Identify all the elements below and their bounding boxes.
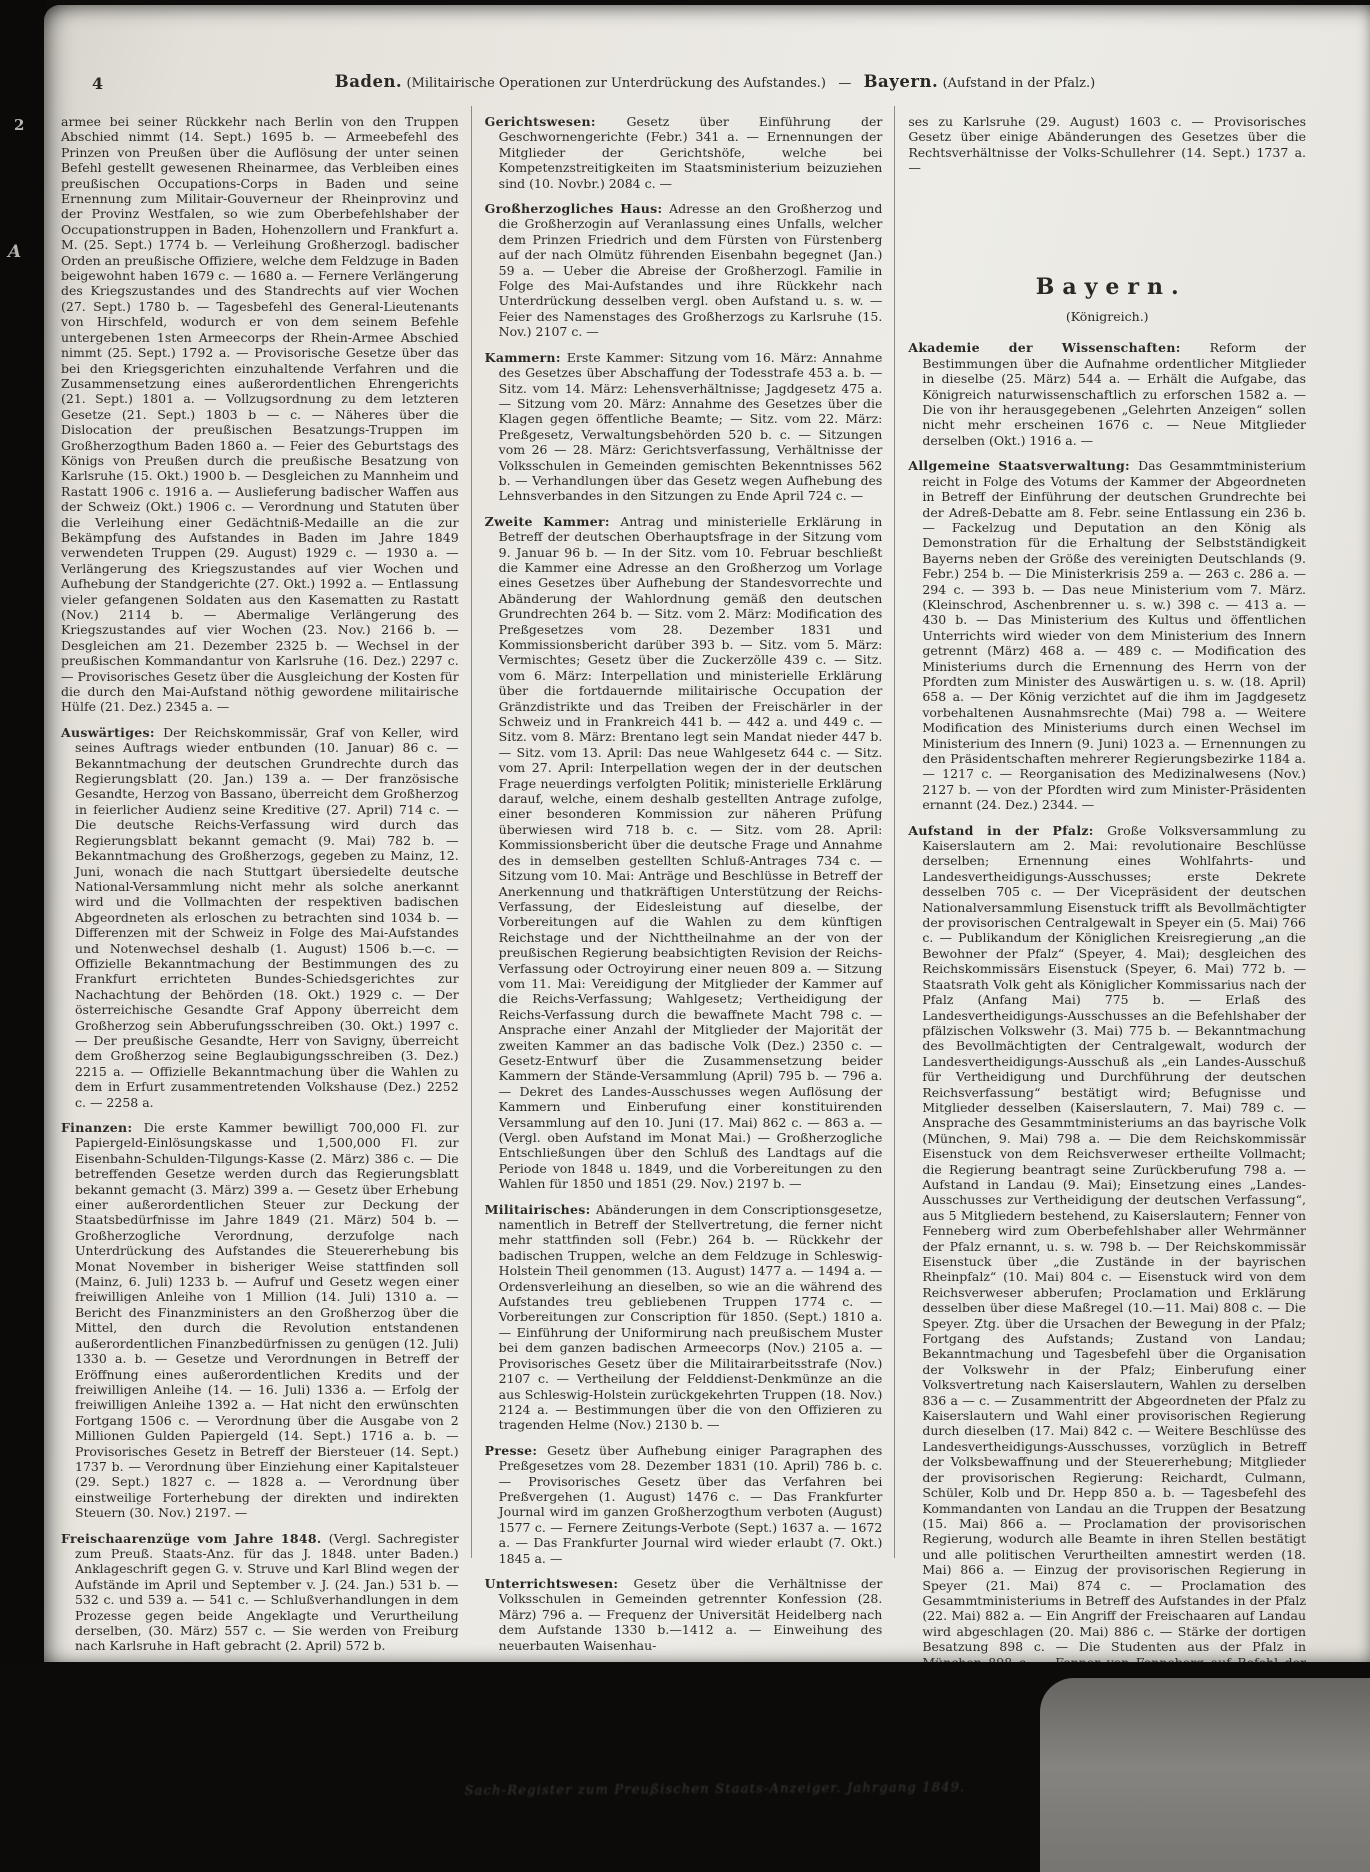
- entry-heading: Aufstand in der Pfalz:: [908, 823, 1107, 838]
- entry-heading: Unterrichtswesen:: [485, 1576, 634, 1591]
- index-entry: Auswärtiges: Der Reichskommissär, Graf v…: [61, 725, 459, 1110]
- columns: armee bei seiner Rückkehr nach Berlin vo…: [48, 106, 1318, 1558]
- running-head: Baden. (Militairische Operationen zur Un…: [120, 72, 1310, 91]
- index-entry: Gerichtswesen: Gesetz über Einführung de…: [485, 114, 883, 191]
- entry-heading: Gerichtswesen:: [485, 114, 627, 129]
- index-entry: Freischaarenzüge vom Jahre 1848. (Vergl.…: [61, 1531, 459, 1654]
- index-entry: Akademie der Wissenschaften: Reform der …: [908, 340, 1306, 448]
- page-number: 4: [92, 74, 103, 93]
- entry-heading: Auswärtiges:: [61, 725, 163, 740]
- margin-mark-bottom: A: [8, 242, 21, 262]
- scanned-book-page: { "page": { "number": "4", "header": { "…: [0, 0, 1370, 1872]
- text-column-2: Gerichtswesen: Gesetz über Einführung de…: [471, 106, 896, 1558]
- entry-heading: Großherzogliches Haus:: [485, 201, 669, 216]
- running-head-right-title: Bayern.: [864, 72, 939, 91]
- index-entry: Kammern: Erste Kammer: Sitzung vom 16. M…: [485, 350, 883, 504]
- index-entry: Militairisches: Abänderungen in dem Cons…: [485, 1202, 883, 1433]
- entry-heading: Kammern:: [485, 350, 567, 365]
- section-subtitle: (Königreich.): [908, 309, 1306, 324]
- scan-bed-corner: [1040, 1678, 1370, 1872]
- index-entry: Zweite Kammer: Antrag und ministerielle …: [485, 514, 883, 1192]
- index-entry: Finanzen: Die erste Kammer bewilligt 700…: [61, 1120, 459, 1521]
- index-entry: armee bei seiner Rückkehr nach Berlin vo…: [61, 114, 459, 715]
- entry-heading: Allgemeine Staatsverwaltung:: [908, 458, 1138, 473]
- running-head-left-title: Baden.: [335, 72, 402, 91]
- index-entry: Allgemeine Staatsverwaltung: Das Gesammt…: [908, 458, 1306, 812]
- text-column-3: ses zu Karlsruhe (29. August) 1603 c. — …: [895, 106, 1318, 1558]
- section-title: Bayern.: [908, 280, 1306, 295]
- index-entry: Presse: Gesetz über Aufhebung einiger Pa…: [485, 1443, 883, 1566]
- index-entry: Großherzogliches Haus: Adresse an den Gr…: [485, 201, 883, 340]
- running-head-left-subtitle: (Militairische Operationen zur Unterdrüc…: [406, 76, 826, 91]
- entry-heading: Militairisches:: [485, 1202, 596, 1217]
- text-column-1: armee bei seiner Rückkehr nach Berlin vo…: [48, 106, 471, 1558]
- running-head-separator: —: [830, 76, 859, 91]
- index-entry: Aufstand in der Pfalz: Große Volksversam…: [908, 823, 1306, 1763]
- running-head-right-subtitle: (Aufstand in der Pfalz.): [943, 76, 1096, 91]
- entry-heading: Finanzen:: [61, 1120, 144, 1135]
- scan-left-border: [0, 0, 46, 1872]
- margin-mark-top: 2: [14, 116, 24, 134]
- entry-heading: Akademie der Wissenschaften:: [908, 340, 1209, 355]
- entry-heading: Zweite Kammer:: [485, 514, 621, 529]
- index-entry: ses zu Karlsruhe (29. August) 1603 c. — …: [908, 114, 1306, 176]
- entry-heading: Freischaarenzüge vom Jahre 1848.: [61, 1531, 329, 1546]
- entry-heading: Presse:: [485, 1443, 547, 1458]
- index-entry: Unterrichtswesen: Gesetz über die Verhäl…: [485, 1576, 883, 1653]
